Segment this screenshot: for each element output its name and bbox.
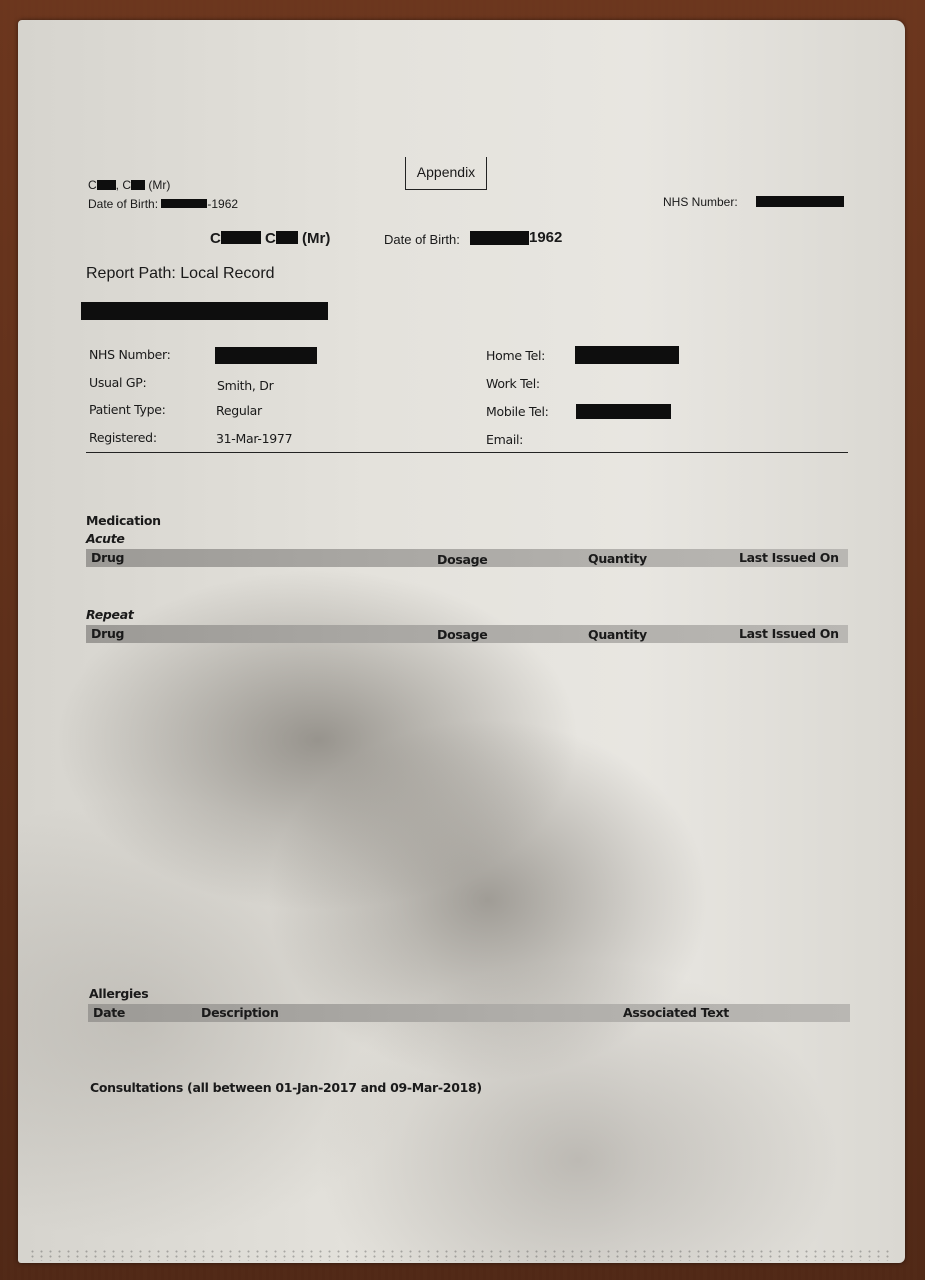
redaction-bar bbox=[576, 404, 671, 419]
redaction-bar bbox=[161, 199, 207, 208]
col-date: Date bbox=[93, 1005, 125, 1020]
col-last-issued: Last Issued On bbox=[739, 626, 839, 641]
col-drug: Drug bbox=[91, 626, 124, 641]
patient-name-initial: C bbox=[210, 230, 221, 247]
detail-label-work-tel: Work Tel: bbox=[486, 376, 540, 391]
detail-value-patient-type: Regular bbox=[216, 403, 262, 418]
col-dosage: Dosage bbox=[437, 627, 487, 642]
detail-label-home-tel: Home Tel: bbox=[486, 348, 545, 363]
report-path: Report Path: Local Record bbox=[86, 265, 275, 283]
patient-title: (Mr) bbox=[302, 230, 330, 247]
acute-table-header: Drug Dosage Quantity Last Issued On bbox=[86, 549, 848, 567]
col-quantity: Quantity bbox=[588, 627, 647, 642]
redaction-bar bbox=[221, 231, 261, 244]
patient-dob-year: 1962 bbox=[529, 229, 562, 246]
redaction-bar bbox=[470, 231, 529, 245]
repeat-title: Repeat bbox=[86, 607, 134, 622]
redaction-bar bbox=[575, 346, 679, 364]
col-description: Description bbox=[201, 1005, 279, 1020]
detail-label-mobile-tel: Mobile Tel: bbox=[486, 404, 549, 419]
redaction-bar bbox=[131, 180, 145, 190]
redaction-bar bbox=[81, 302, 328, 320]
header-dob: Date of Birth: -1962 bbox=[88, 197, 238, 211]
print-speckle bbox=[28, 1249, 895, 1261]
redaction-bar bbox=[215, 347, 317, 364]
medication-title: Medication bbox=[86, 513, 161, 528]
divider-line bbox=[86, 452, 848, 453]
header-dob-year: -1962 bbox=[207, 197, 238, 211]
patient-dob-label: Date of Birth: bbox=[384, 232, 460, 247]
col-associated-text: Associated Text bbox=[623, 1005, 729, 1020]
header-nhs: NHS Number: bbox=[663, 195, 738, 209]
patient-name-line: C C (Mr) bbox=[210, 230, 330, 247]
redaction-bar bbox=[97, 180, 116, 190]
acute-title: Acute bbox=[86, 531, 125, 546]
paper-sheet: Appendix C, C (Mr) Date of Birth: -1962 … bbox=[18, 20, 905, 1263]
col-drug: Drug bbox=[91, 550, 124, 565]
repeat-table-header: Drug Dosage Quantity Last Issued On bbox=[86, 625, 848, 643]
header-dob-label: Date of Birth: bbox=[88, 197, 158, 211]
patient-name-initial-2: C bbox=[265, 230, 276, 247]
detail-value-registered: 31-Mar-1977 bbox=[216, 431, 292, 446]
header-nhs-label: NHS Number: bbox=[663, 195, 738, 209]
redaction-bar bbox=[756, 196, 844, 207]
col-last-issued: Last Issued On bbox=[739, 550, 839, 565]
redaction-bar bbox=[276, 231, 298, 244]
consultations-title: Consultations (all between 01-Jan-2017 a… bbox=[90, 1080, 482, 1095]
header-name: C, C (Mr) bbox=[88, 178, 170, 192]
col-dosage: Dosage bbox=[437, 552, 487, 567]
allergies-table-header: Date Description Associated Text bbox=[88, 1004, 850, 1022]
detail-label-nhs: NHS Number: bbox=[89, 347, 171, 362]
header-title: (Mr) bbox=[148, 178, 170, 192]
col-quantity: Quantity bbox=[588, 551, 647, 566]
allergies-title: Allergies bbox=[89, 986, 148, 1001]
detail-label-registered: Registered: bbox=[89, 430, 157, 445]
appendix-label: Appendix bbox=[405, 157, 487, 190]
detail-label-email: Email: bbox=[486, 432, 523, 447]
detail-label-patient-type: Patient Type: bbox=[89, 402, 166, 417]
header-name-initial: C bbox=[88, 178, 97, 192]
detail-value-gp: Smith, Dr bbox=[217, 378, 273, 393]
detail-label-gp: Usual GP: bbox=[89, 375, 146, 390]
header-name-initial-2: C bbox=[122, 178, 131, 192]
